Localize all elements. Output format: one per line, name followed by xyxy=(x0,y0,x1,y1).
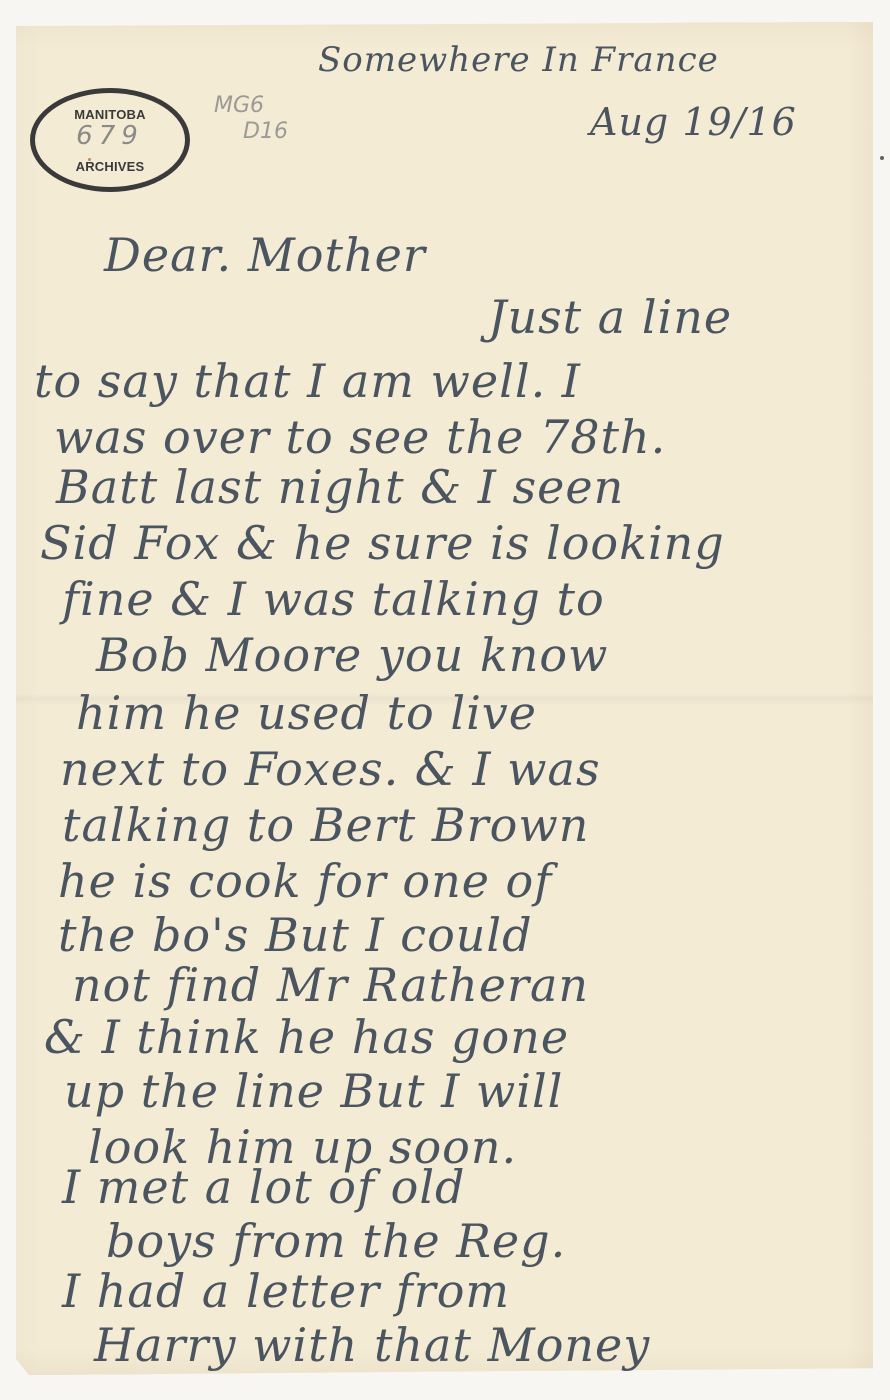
letter-line: to say that I am well. I xyxy=(34,354,581,408)
stamp-number: 679 xyxy=(35,121,185,151)
pencil-reference-line1: MG6 xyxy=(214,94,264,118)
paper-fleck xyxy=(880,156,884,160)
letter-salutation: Dear. Mother xyxy=(104,228,426,282)
letter-line: I met a lot of old xyxy=(62,1160,466,1214)
letter-line: boys from the Reg. xyxy=(106,1214,566,1268)
letter-line: not find Mr Ratheran xyxy=(72,958,589,1012)
letter-line: him he used to live xyxy=(76,686,537,740)
letter-line: & I think he has gone xyxy=(44,1010,569,1064)
paper-fleck xyxy=(88,158,91,161)
letter-line: the bo's But I could xyxy=(58,908,533,962)
stamp-bottom-text: ARCHIVES xyxy=(35,159,185,174)
letter-line: Harry with that Money xyxy=(94,1318,650,1372)
letter-line: Sid Fox & he sure is looking xyxy=(40,516,725,570)
pencil-reference-line2: D16 xyxy=(243,120,288,144)
letter-line: I had a letter from xyxy=(62,1264,510,1318)
archive-stamp: MANITOBA 679 ARCHIVES xyxy=(30,88,190,192)
letter-line: up the line But I will xyxy=(64,1064,563,1118)
letter-line: next to Foxes. & I was xyxy=(60,742,601,796)
letter-place: Somewhere In France xyxy=(318,40,719,80)
letter-line: Batt last night & I seen xyxy=(56,460,624,514)
letter-line: Just a line xyxy=(488,290,732,344)
letter-date: Aug 19/16 xyxy=(590,100,797,144)
letter-line: he is cook for one of xyxy=(58,854,552,908)
stamp-top-text: MANITOBA xyxy=(35,107,185,122)
letter-line: talking to Bert Brown xyxy=(62,798,589,852)
letter-line: fine & I was talking to xyxy=(62,572,605,626)
letter-line: was over to see the 78th. xyxy=(54,410,666,464)
letter-line: Bob Moore you know xyxy=(96,628,608,682)
